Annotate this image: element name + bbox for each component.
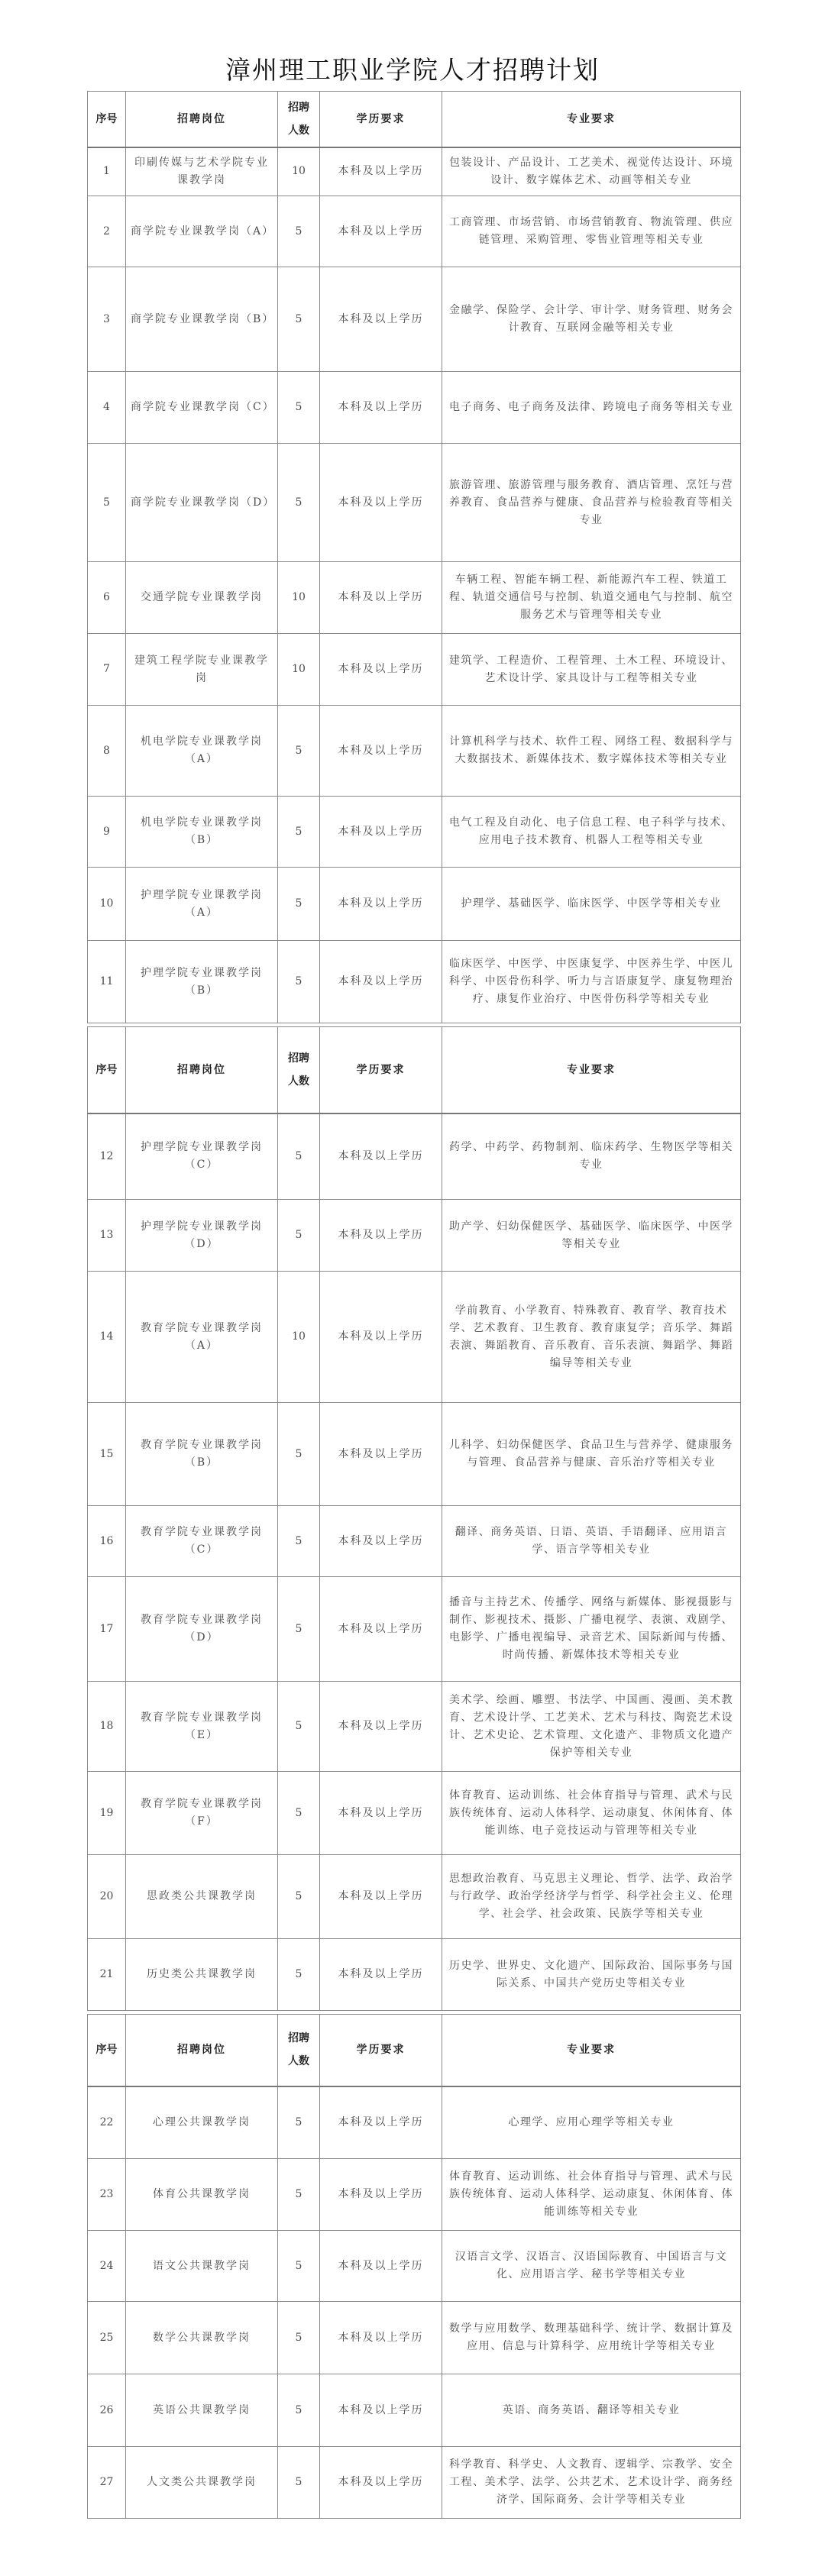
header-count: 招聘人数 <box>278 2015 320 2086</box>
table-row: 24语文公共课教学岗5本科及以上学历汉语言文学、汉语言、汉语国际教育、中国语言与… <box>88 2231 741 2302</box>
row-education: 本科及以上学历 <box>320 1403 442 1506</box>
row-major: 金融学、保险学、会计学、审计学、财务管理、财务会计教育、互联网金融等相关专业 <box>442 267 741 372</box>
table-row: 16教育学院专业课教学岗（C）5本科及以上学历翻译、商务英语、日语、英语、手语翻… <box>88 1506 741 1577</box>
table-row: 17教育学院专业课教学岗（D）5本科及以上学历播音与主持艺术、传播学、网络与新媒… <box>88 1577 741 1682</box>
table-row: 8机电学院专业课教学岗（A）5本科及以上学历计算机科学与技术、软件工程、网络工程… <box>88 706 741 797</box>
row-count: 5 <box>278 444 320 562</box>
row-count: 5 <box>278 372 320 444</box>
row-education: 本科及以上学历 <box>320 634 442 706</box>
row-no: 26 <box>88 2374 126 2447</box>
row-count: 5 <box>278 2231 320 2302</box>
row-count: 5 <box>278 1855 320 1939</box>
table-row: 9机电学院专业课教学岗（B）5本科及以上学历电气工程及自动化、电子信息工程、电子… <box>88 797 741 868</box>
row-no: 25 <box>88 2302 126 2374</box>
row-position: 心理公共课教学岗 <box>126 2086 278 2159</box>
row-major: 护理学、基础医学、临床医学、中医学等相关专业 <box>442 868 741 941</box>
header-no: 序号 <box>88 1027 126 1113</box>
row-no: 1 <box>88 147 126 196</box>
page-title: 漳州理工职业学院人才招聘计划 <box>0 55 825 86</box>
row-no: 23 <box>88 2159 126 2231</box>
row-major: 心理学、应用心理学等相关专业 <box>442 2086 741 2159</box>
row-major: 学前教育、小学教育、特殊教育、教育学、教育技术学、艺术教育、卫生教育、教育康复学… <box>442 1272 741 1403</box>
row-major: 旅游管理、旅游管理与服务教育、酒店管理、烹饪与营养教育、食品营养与健康、食品营养… <box>442 444 741 562</box>
row-education: 本科及以上学历 <box>320 267 442 372</box>
header-count-line2: 人数 <box>288 124 309 137</box>
row-education: 本科及以上学历 <box>320 1272 442 1403</box>
row-position: 交通学院专业课教学岗 <box>126 562 278 634</box>
row-education: 本科及以上学历 <box>320 562 442 634</box>
row-education: 本科及以上学历 <box>320 1506 442 1577</box>
table-row: 7建筑工程学院专业课教学岗10本科及以上学历建筑学、工程造价、工程管理、土木工程… <box>88 634 741 706</box>
header-count: 招聘人数 <box>278 92 320 147</box>
row-count: 5 <box>278 267 320 372</box>
row-count: 10 <box>278 562 320 634</box>
row-position: 商学院专业课教学岗（A） <box>126 196 278 267</box>
table-header-row: 序号 招聘岗位 招聘人数 学历要求 专业要求 <box>88 1027 741 1113</box>
row-count: 5 <box>278 1939 320 2011</box>
table-header-row: 序号 招聘岗位 招聘人数 学历要求 专业要求 <box>88 92 741 147</box>
header-education: 学历要求 <box>320 92 442 147</box>
row-position: 印刷传媒与艺术学院专业课教学岗 <box>126 147 278 196</box>
row-no: 15 <box>88 1403 126 1506</box>
row-education: 本科及以上学历 <box>320 797 442 868</box>
table-row: 14教育学院专业课教学岗（A）10本科及以上学历学前教育、小学教育、特殊教育、教… <box>88 1272 741 1403</box>
row-major: 翻译、商务英语、日语、英语、手语翻译、应用语言学、语言学等相关专业 <box>442 1506 741 1577</box>
row-education: 本科及以上学历 <box>320 2231 442 2302</box>
row-position: 思政类公共课教学岗 <box>126 1855 278 1939</box>
header-major: 专业要求 <box>442 92 741 147</box>
row-count: 5 <box>278 2374 320 2447</box>
header-no: 序号 <box>88 92 126 147</box>
row-count: 5 <box>278 797 320 868</box>
row-major: 药学、中药学、药物制剂、临床药学、生物医学等相关专业 <box>442 1113 741 1200</box>
table-row: 6交通学院专业课教学岗10本科及以上学历车辆工程、智能车辆工程、新能源汽车工程、… <box>88 562 741 634</box>
row-no: 24 <box>88 2231 126 2302</box>
row-count: 5 <box>278 2302 320 2374</box>
table-row: 10护理学院专业课教学岗（A）5本科及以上学历护理学、基础医学、临床医学、中医学… <box>88 868 741 941</box>
table-row: 15教育学院专业课教学岗（B）5本科及以上学历儿科学、妇幼保健医学、食品卫生与营… <box>88 1403 741 1506</box>
row-education: 本科及以上学历 <box>320 868 442 941</box>
row-count: 5 <box>278 1772 320 1855</box>
row-major: 播音与主持艺术、传播学、网络与新媒体、影视摄影与制作、影视技术、摄影、广播电视学… <box>442 1577 741 1682</box>
row-count: 10 <box>278 147 320 196</box>
row-major: 电气工程及自动化、电子信息工程、电子科学与技术、应用电子技术教育、机器人工程等相… <box>442 797 741 868</box>
row-major: 体育教育、运动训练、社会体育指导与管理、武术与民族传统体育、运动人体科学、运动康… <box>442 2159 741 2231</box>
row-position: 教育学院专业课教学岗（D） <box>126 1577 278 1682</box>
table-row: 18教育学院专业课教学岗（E）5本科及以上学历美术学、绘画、雕塑、书法学、中国画… <box>88 1682 741 1772</box>
table-row: 20思政类公共课教学岗5本科及以上学历思想政治教育、马克思主义理论、哲学、法学、… <box>88 1855 741 1939</box>
row-major: 临床医学、中医学、中医康复学、中医养生学、中医儿科学、中医骨伤科学、听力与言语康… <box>442 941 741 1023</box>
table-header-row: 序号 招聘岗位 招聘人数 学历要求 专业要求 <box>88 2015 741 2086</box>
row-major: 数学与应用数学、数理基础科学、统计学、数据计算及应用、信息与计算科学、应用统计学… <box>442 2302 741 2374</box>
row-education: 本科及以上学历 <box>320 2374 442 2447</box>
row-no: 4 <box>88 372 126 444</box>
header-count: 招聘人数 <box>278 1027 320 1113</box>
row-position: 教育学院专业课教学岗（C） <box>126 1506 278 1577</box>
header-education: 学历要求 <box>320 1027 442 1113</box>
row-education: 本科及以上学历 <box>320 1682 442 1772</box>
row-no: 10 <box>88 868 126 941</box>
table-row: 5商学院专业课教学岗（D）5本科及以上学历旅游管理、旅游管理与服务教育、酒店管理… <box>88 444 741 562</box>
row-position: 商学院专业课教学岗（C） <box>126 372 278 444</box>
row-no: 17 <box>88 1577 126 1682</box>
row-position: 商学院专业课教学岗（B） <box>126 267 278 372</box>
row-education: 本科及以上学历 <box>320 444 442 562</box>
row-major: 汉语言文学、汉语言、汉语国际教育、中国语言与文化、应用语言学、秘书学等相关专业 <box>442 2231 741 2302</box>
row-count: 5 <box>278 2159 320 2231</box>
row-education: 本科及以上学历 <box>320 147 442 196</box>
header-position: 招聘岗位 <box>126 1027 278 1113</box>
row-no: 19 <box>88 1772 126 1855</box>
table-row: 1印刷传媒与艺术学院专业课教学岗10本科及以上学历包装设计、产品设计、工艺美术、… <box>88 147 741 196</box>
row-education: 本科及以上学历 <box>320 1577 442 1682</box>
row-education: 本科及以上学历 <box>320 372 442 444</box>
row-major: 历史学、世界史、文化遗产、国际政治、国际事务与国际关系、中国共产党历史等相关专业 <box>442 1939 741 2011</box>
row-position: 护理学院专业课教学岗（C） <box>126 1113 278 1200</box>
table-row: 27人文类公共课教学岗5本科及以上学历科学教育、科学史、人文教育、逻辑学、宗教学… <box>88 2447 741 2519</box>
row-no: 20 <box>88 1855 126 1939</box>
header-no: 序号 <box>88 2015 126 2086</box>
table-row: 26英语公共课教学岗5本科及以上学历英语、商务英语、翻译等相关专业 <box>88 2374 741 2447</box>
table-row: 22心理公共课教学岗5本科及以上学历心理学、应用心理学等相关专业 <box>88 2086 741 2159</box>
row-position: 护理学院专业课教学岗（B） <box>126 941 278 1023</box>
row-no: 27 <box>88 2447 126 2519</box>
row-education: 本科及以上学历 <box>320 1113 442 1200</box>
row-no: 18 <box>88 1682 126 1772</box>
row-major: 建筑学、工程造价、工程管理、土木工程、环境设计、艺术设计学、家具设计与工程等相关… <box>442 634 741 706</box>
row-major: 电子商务、电子商务及法律、跨境电子商务等相关专业 <box>442 372 741 444</box>
header-major: 专业要求 <box>442 2015 741 2086</box>
row-no: 12 <box>88 1113 126 1200</box>
table-row: 12护理学院专业课教学岗（C）5本科及以上学历药学、中药学、药物制剂、临床药学、… <box>88 1113 741 1200</box>
row-position: 护理学院专业课教学岗（A） <box>126 868 278 941</box>
row-education: 本科及以上学历 <box>320 706 442 797</box>
row-position: 教育学院专业课教学岗（B） <box>126 1403 278 1506</box>
row-education: 本科及以上学历 <box>320 2159 442 2231</box>
row-position: 历史类公共课教学岗 <box>126 1939 278 2011</box>
row-no: 2 <box>88 196 126 267</box>
row-position: 教育学院专业课教学岗（E） <box>126 1682 278 1772</box>
table-row: 2商学院专业课教学岗（A）5本科及以上学历工商管理、市场营销、市场营销教育、物流… <box>88 196 741 267</box>
row-major: 体育教育、运动训练、社会体育指导与管理、武术与民族传统体育、运动人体科学、运动康… <box>442 1772 741 1855</box>
row-count: 5 <box>278 1506 320 1577</box>
header-education: 学历要求 <box>320 2015 442 2086</box>
row-count: 5 <box>278 2086 320 2159</box>
table-row: 4商学院专业课教学岗（C）5本科及以上学历电子商务、电子商务及法律、跨境电子商务… <box>88 372 741 444</box>
header-count-line1: 招聘 <box>288 2032 309 2044</box>
row-no: 7 <box>88 634 126 706</box>
row-education: 本科及以上学历 <box>320 2086 442 2159</box>
row-count: 5 <box>278 706 320 797</box>
row-education: 本科及以上学历 <box>320 196 442 267</box>
recruitment-table-part-3: 序号 招聘岗位 招聘人数 学历要求 专业要求 22心理公共课教学岗5本科及以上学… <box>87 2014 741 2519</box>
table-row: 23体育公共课教学岗5本科及以上学历体育教育、运动训练、社会体育指导与管理、武术… <box>88 2159 741 2231</box>
row-education: 本科及以上学历 <box>320 2302 442 2374</box>
row-no: 8 <box>88 706 126 797</box>
row-count: 5 <box>278 2447 320 2519</box>
row-count: 5 <box>278 941 320 1023</box>
row-major: 思想政治教育、马克思主义理论、哲学、法学、政治学与行政学、政治学经济学与哲学、科… <box>442 1855 741 1939</box>
row-position: 数学公共课教学岗 <box>126 2302 278 2374</box>
row-no: 3 <box>88 267 126 372</box>
row-no: 14 <box>88 1272 126 1403</box>
row-position: 护理学院专业课教学岗（D） <box>126 1200 278 1272</box>
row-education: 本科及以上学历 <box>320 1772 442 1855</box>
row-count: 5 <box>278 1403 320 1506</box>
row-no: 13 <box>88 1200 126 1272</box>
row-major: 美术学、绘画、雕塑、书法学、中国画、漫画、美术教育、艺术设计学、工艺美术、艺术与… <box>442 1682 741 1772</box>
row-major: 车辆工程、智能车辆工程、新能源汽车工程、铁道工程、轨道交通信号与控制、轨道交通电… <box>442 562 741 634</box>
row-no: 11 <box>88 941 126 1023</box>
row-major: 工商管理、市场营销、市场营销教育、物流管理、供应链管理、采购管理、零售业管理等相… <box>442 196 741 267</box>
row-major: 英语、商务英语、翻译等相关专业 <box>442 2374 741 2447</box>
row-no: 5 <box>88 444 126 562</box>
table-row: 3商学院专业课教学岗（B）5本科及以上学历金融学、保险学、会计学、审计学、财务管… <box>88 267 741 372</box>
table-row: 11护理学院专业课教学岗（B）5本科及以上学历临床医学、中医学、中医康复学、中医… <box>88 941 741 1023</box>
row-position: 机电学院专业课教学岗（A） <box>126 706 278 797</box>
row-count: 5 <box>278 1200 320 1272</box>
header-count-line2: 人数 <box>288 1075 309 1088</box>
row-position: 人文类公共课教学岗 <box>126 2447 278 2519</box>
row-major: 科学教育、科学史、人文教育、逻辑学、宗教学、安全工程、美术学、法学、公共艺术、艺… <box>442 2447 741 2519</box>
row-count: 5 <box>278 1113 320 1200</box>
row-position: 建筑工程学院专业课教学岗 <box>126 634 278 706</box>
row-education: 本科及以上学历 <box>320 1939 442 2011</box>
table-row: 19教育学院专业课教学岗（F）5本科及以上学历体育教育、运动训练、社会体育指导与… <box>88 1772 741 1855</box>
row-major: 儿科学、妇幼保健医学、食品卫生与营养学、健康服务与管理、食品营养与健康、音乐治疗… <box>442 1403 741 1506</box>
row-count: 5 <box>278 196 320 267</box>
table-row: 13护理学院专业课教学岗（D）5本科及以上学历助产学、妇幼保健医学、基础医学、临… <box>88 1200 741 1272</box>
row-count: 5 <box>278 1577 320 1682</box>
row-count: 10 <box>278 634 320 706</box>
row-position: 教育学院专业课教学岗（F） <box>126 1772 278 1855</box>
row-position: 教育学院专业课教学岗（A） <box>126 1272 278 1403</box>
row-no: 6 <box>88 562 126 634</box>
row-education: 本科及以上学历 <box>320 1855 442 1939</box>
row-no: 16 <box>88 1506 126 1577</box>
header-position: 招聘岗位 <box>126 2015 278 2086</box>
row-position: 商学院专业课教学岗（D） <box>126 444 278 562</box>
row-count: 5 <box>278 1682 320 1772</box>
header-major: 专业要求 <box>442 1027 741 1113</box>
row-education: 本科及以上学历 <box>320 941 442 1023</box>
row-position: 机电学院专业课教学岗（B） <box>126 797 278 868</box>
row-position: 体育公共课教学岗 <box>126 2159 278 2231</box>
row-major: 计算机科学与技术、软件工程、网络工程、数据科学与大数据技术、新媒体技术、数字媒体… <box>442 706 741 797</box>
row-count: 5 <box>278 868 320 941</box>
row-position: 英语公共课教学岗 <box>126 2374 278 2447</box>
header-count-line2: 人数 <box>288 2055 309 2067</box>
row-major: 包装设计、产品设计、工艺美术、视觉传达设计、环境设计、数字媒体艺术、动画等相关专… <box>442 147 741 196</box>
row-education: 本科及以上学历 <box>320 1200 442 1272</box>
row-education: 本科及以上学历 <box>320 2447 442 2519</box>
row-position: 语文公共课教学岗 <box>126 2231 278 2302</box>
header-position: 招聘岗位 <box>126 92 278 147</box>
row-no: 22 <box>88 2086 126 2159</box>
row-count: 10 <box>278 1272 320 1403</box>
row-major: 助产学、妇幼保健医学、基础医学、临床医学、中医学等相关专业 <box>442 1200 741 1272</box>
header-count-line1: 招聘 <box>288 1052 309 1065</box>
header-count-line1: 招聘 <box>288 102 309 114</box>
table-row: 25数学公共课教学岗5本科及以上学历数学与应用数学、数理基础科学、统计学、数据计… <box>88 2302 741 2374</box>
row-no: 21 <box>88 1939 126 2011</box>
table-row: 21历史类公共课教学岗5本科及以上学历历史学、世界史、文化遗产、国际政治、国际事… <box>88 1939 741 2011</box>
row-no: 9 <box>88 797 126 868</box>
recruitment-table-part-1: 序号 招聘岗位 招聘人数 学历要求 专业要求 1印刷传媒与艺术学院专业课教学岗1… <box>87 91 741 1023</box>
recruitment-table-part-2: 序号 招聘岗位 招聘人数 学历要求 专业要求 12护理学院专业课教学岗（C）5本… <box>87 1026 741 2011</box>
